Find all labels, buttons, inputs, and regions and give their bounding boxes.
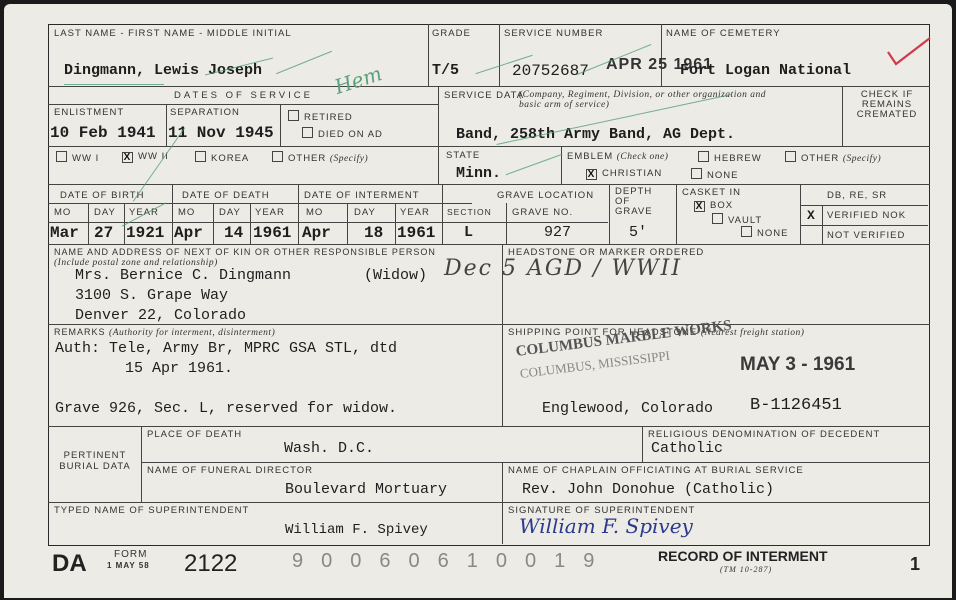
service-data-value: Band, 258th Army Band, AG Dept. (456, 126, 735, 143)
mo-label: MO (54, 207, 71, 218)
not-verified-label[interactable]: NOT VERIFIED (827, 230, 905, 241)
birth-day: 27 (94, 224, 113, 242)
checkbox-icon (56, 151, 67, 162)
verified-nok-label[interactable]: VERIFIED NOK (827, 210, 906, 221)
typed-superintendent-value: William F. Spivey (285, 522, 428, 538)
year-label: YEAR (255, 207, 285, 218)
service-data-label: SERVICE DATA (444, 90, 524, 101)
emblem-none-checkbox[interactable]: NONE (691, 168, 738, 181)
checkbox-icon (691, 168, 702, 179)
tm-reference: (TM 10-287) (720, 565, 772, 574)
separation-label: SEPARATION (170, 107, 240, 118)
funeral-director-value: Boulevard Mortuary (285, 481, 447, 498)
interment-year: 1961 (397, 224, 435, 242)
red-checkmark-icon (884, 34, 934, 70)
chaplain-label: NAME OF CHAPLAIN OFFICIATING AT BURIAL S… (508, 465, 804, 476)
religion-value: Catholic (651, 440, 723, 457)
grave-number-value: 927 (544, 224, 571, 241)
superintendent-signature: William F. Spivey (519, 514, 693, 538)
religion-label: RELIGIOUS DENOMINATION OF DECEDENT (648, 429, 880, 440)
grave-number-label: GRAVE NO. (512, 207, 573, 218)
place-of-death-value: Wash. D.C. (284, 440, 374, 457)
day-label: DAY (354, 207, 376, 218)
emblem-hebrew-checkbox[interactable]: HEBREW (698, 151, 762, 164)
casket-vault-checkbox[interactable]: VAULT (712, 213, 762, 226)
decedent-name: Dingmann, Lewis Joseph (64, 62, 262, 79)
verified-mark: X (807, 208, 815, 223)
emblem-christian-checkbox[interactable]: XCHRISTIAN (586, 168, 662, 180)
section-label: SECTION (447, 207, 492, 217)
state-value: Minn. (456, 165, 501, 182)
next-of-kin-label: NAME AND ADDRESS OF NEXT OF KIN OR OTHER… (54, 247, 436, 257)
db-re-sr-label: DB, RE, SR (827, 190, 887, 201)
shipping-point: Englewood, Colorado (542, 400, 713, 417)
next-of-kin-street: 3100 S. Grape Way (75, 287, 228, 304)
green-underline-mark (64, 84, 164, 85)
shipping-code: B-1126451 (750, 396, 842, 415)
form-label: FORM (114, 549, 147, 560)
emblem-other-checkbox[interactable]: OTHER (Specify) (785, 151, 881, 164)
death-month: Apr (174, 224, 203, 242)
casket-none-checkbox[interactable]: NONE (741, 226, 788, 239)
checkbox-icon (302, 127, 313, 138)
remarks-line-2: 15 Apr 1961. (125, 360, 233, 377)
enlistment-label: ENLISTMENT (54, 107, 124, 118)
next-of-kin-name: Mrs. Bernice C. Dingmann (75, 267, 291, 284)
died-on-ad-checkbox[interactable]: DIED ON AD (302, 127, 383, 140)
mo-label: MO (306, 207, 323, 218)
state-label: STATE (446, 150, 480, 161)
grave-location-label: GRAVE LOCATION (497, 190, 594, 201)
dates-of-service-label: DATES OF SERVICE (174, 90, 313, 101)
checked-checkbox-icon: X (586, 169, 597, 180)
death-date-label: DATE OF DEATH (182, 190, 270, 201)
chaplain-value: Rev. John Donohue (Catholic) (522, 481, 774, 498)
remarks-label: REMARKS (Authority for interment, disint… (54, 327, 275, 338)
service-number-value: 20752687 (512, 62, 589, 80)
birth-year: 1921 (126, 224, 164, 242)
remarks-line-1: Auth: Tele, Army Br, MPRC GSA STL, dtd (55, 340, 397, 357)
interment-record-card: LAST NAME - FIRST NAME - MIDDLE INITIAL … (4, 4, 952, 598)
cremated-checkbox-label[interactable]: CHECK IF REMAINS CREMATED (848, 90, 926, 120)
ww1-checkbox[interactable]: WW I (56, 151, 99, 164)
checkbox-icon (741, 226, 752, 237)
checked-checkbox-icon: X (694, 201, 705, 212)
depth-value: 5' (629, 224, 647, 241)
death-year: 1961 (253, 224, 291, 242)
interment-day: 18 (364, 224, 383, 242)
casket-label: CASKET IN (682, 187, 741, 198)
cemetery-value: Fort Logan National (680, 62, 851, 79)
death-day: 14 (224, 224, 243, 242)
depth-label: DEPTH OF GRAVE (615, 187, 671, 217)
korea-checkbox[interactable]: KOREA (195, 151, 249, 164)
enlistment-date: 10 Feb 1941 (50, 124, 156, 142)
form-number: 2122 (184, 550, 237, 578)
grade-label: GRADE (432, 28, 471, 39)
section-value: L (464, 224, 473, 241)
grade-value: T/5 (432, 62, 459, 79)
form-prefix: DA (52, 550, 87, 578)
year-label: YEAR (400, 207, 430, 218)
next-of-kin-relationship: (Widow) (364, 267, 427, 284)
birth-month: Mar (50, 224, 79, 242)
retired-checkbox[interactable]: RETIRED (288, 110, 353, 123)
checked-checkbox-icon: X (122, 152, 133, 163)
typed-superintendent-label: TYPED NAME OF SUPERINTENDENT (54, 505, 249, 516)
checkbox-icon (698, 151, 709, 162)
cemetery-label: NAME OF CEMETERY (666, 28, 781, 39)
next-of-kin-city: Denver 22, Colorado (75, 307, 246, 324)
mo-label: MO (178, 207, 195, 218)
birth-date-label: DATE OF BIRTH (60, 190, 144, 201)
checkbox-icon (272, 151, 283, 162)
other-war-checkbox[interactable]: OTHER (Specify) (272, 151, 368, 164)
funeral-director-label: NAME OF FUNERAL DIRECTOR (147, 465, 313, 476)
day-label: DAY (219, 207, 241, 218)
day-label: DAY (94, 207, 116, 218)
service-number-label: SERVICE NUMBER (504, 28, 603, 39)
shipping-date-stamp: MAY 3 - 1961 (740, 354, 855, 376)
headstone-handwritten: Dec 5 AGD / WWII (444, 256, 682, 281)
casket-box-checkbox[interactable]: XBOX (694, 200, 733, 212)
checkbox-icon (195, 151, 206, 162)
interment-month: Apr (302, 224, 331, 242)
name-label: LAST NAME - FIRST NAME - MIDDLE INITIAL (54, 28, 292, 39)
checkbox-icon (712, 213, 723, 224)
form-date: 1 MAY 58 (107, 561, 150, 570)
checkbox-icon (288, 110, 299, 121)
service-data-note: (Company, Regiment, Division, or other o… (519, 90, 769, 110)
remarks-line-3: Grave 926, Sec. L, reserved for widow. (55, 400, 397, 417)
serial-number: 90060610019 (292, 550, 612, 573)
form-title: RECORD OF INTERMENT (658, 548, 828, 564)
interment-date-label: DATE OF INTERMENT (304, 190, 420, 201)
pertinent-burial-data-label: PERTINENT BURIAL DATA (54, 450, 136, 472)
page-number: 1 (910, 554, 920, 575)
checkbox-icon (785, 151, 796, 162)
place-of-death-label: PLACE OF DEATH (147, 429, 242, 440)
emblem-label: EMBLEM (Check one) (567, 151, 668, 162)
